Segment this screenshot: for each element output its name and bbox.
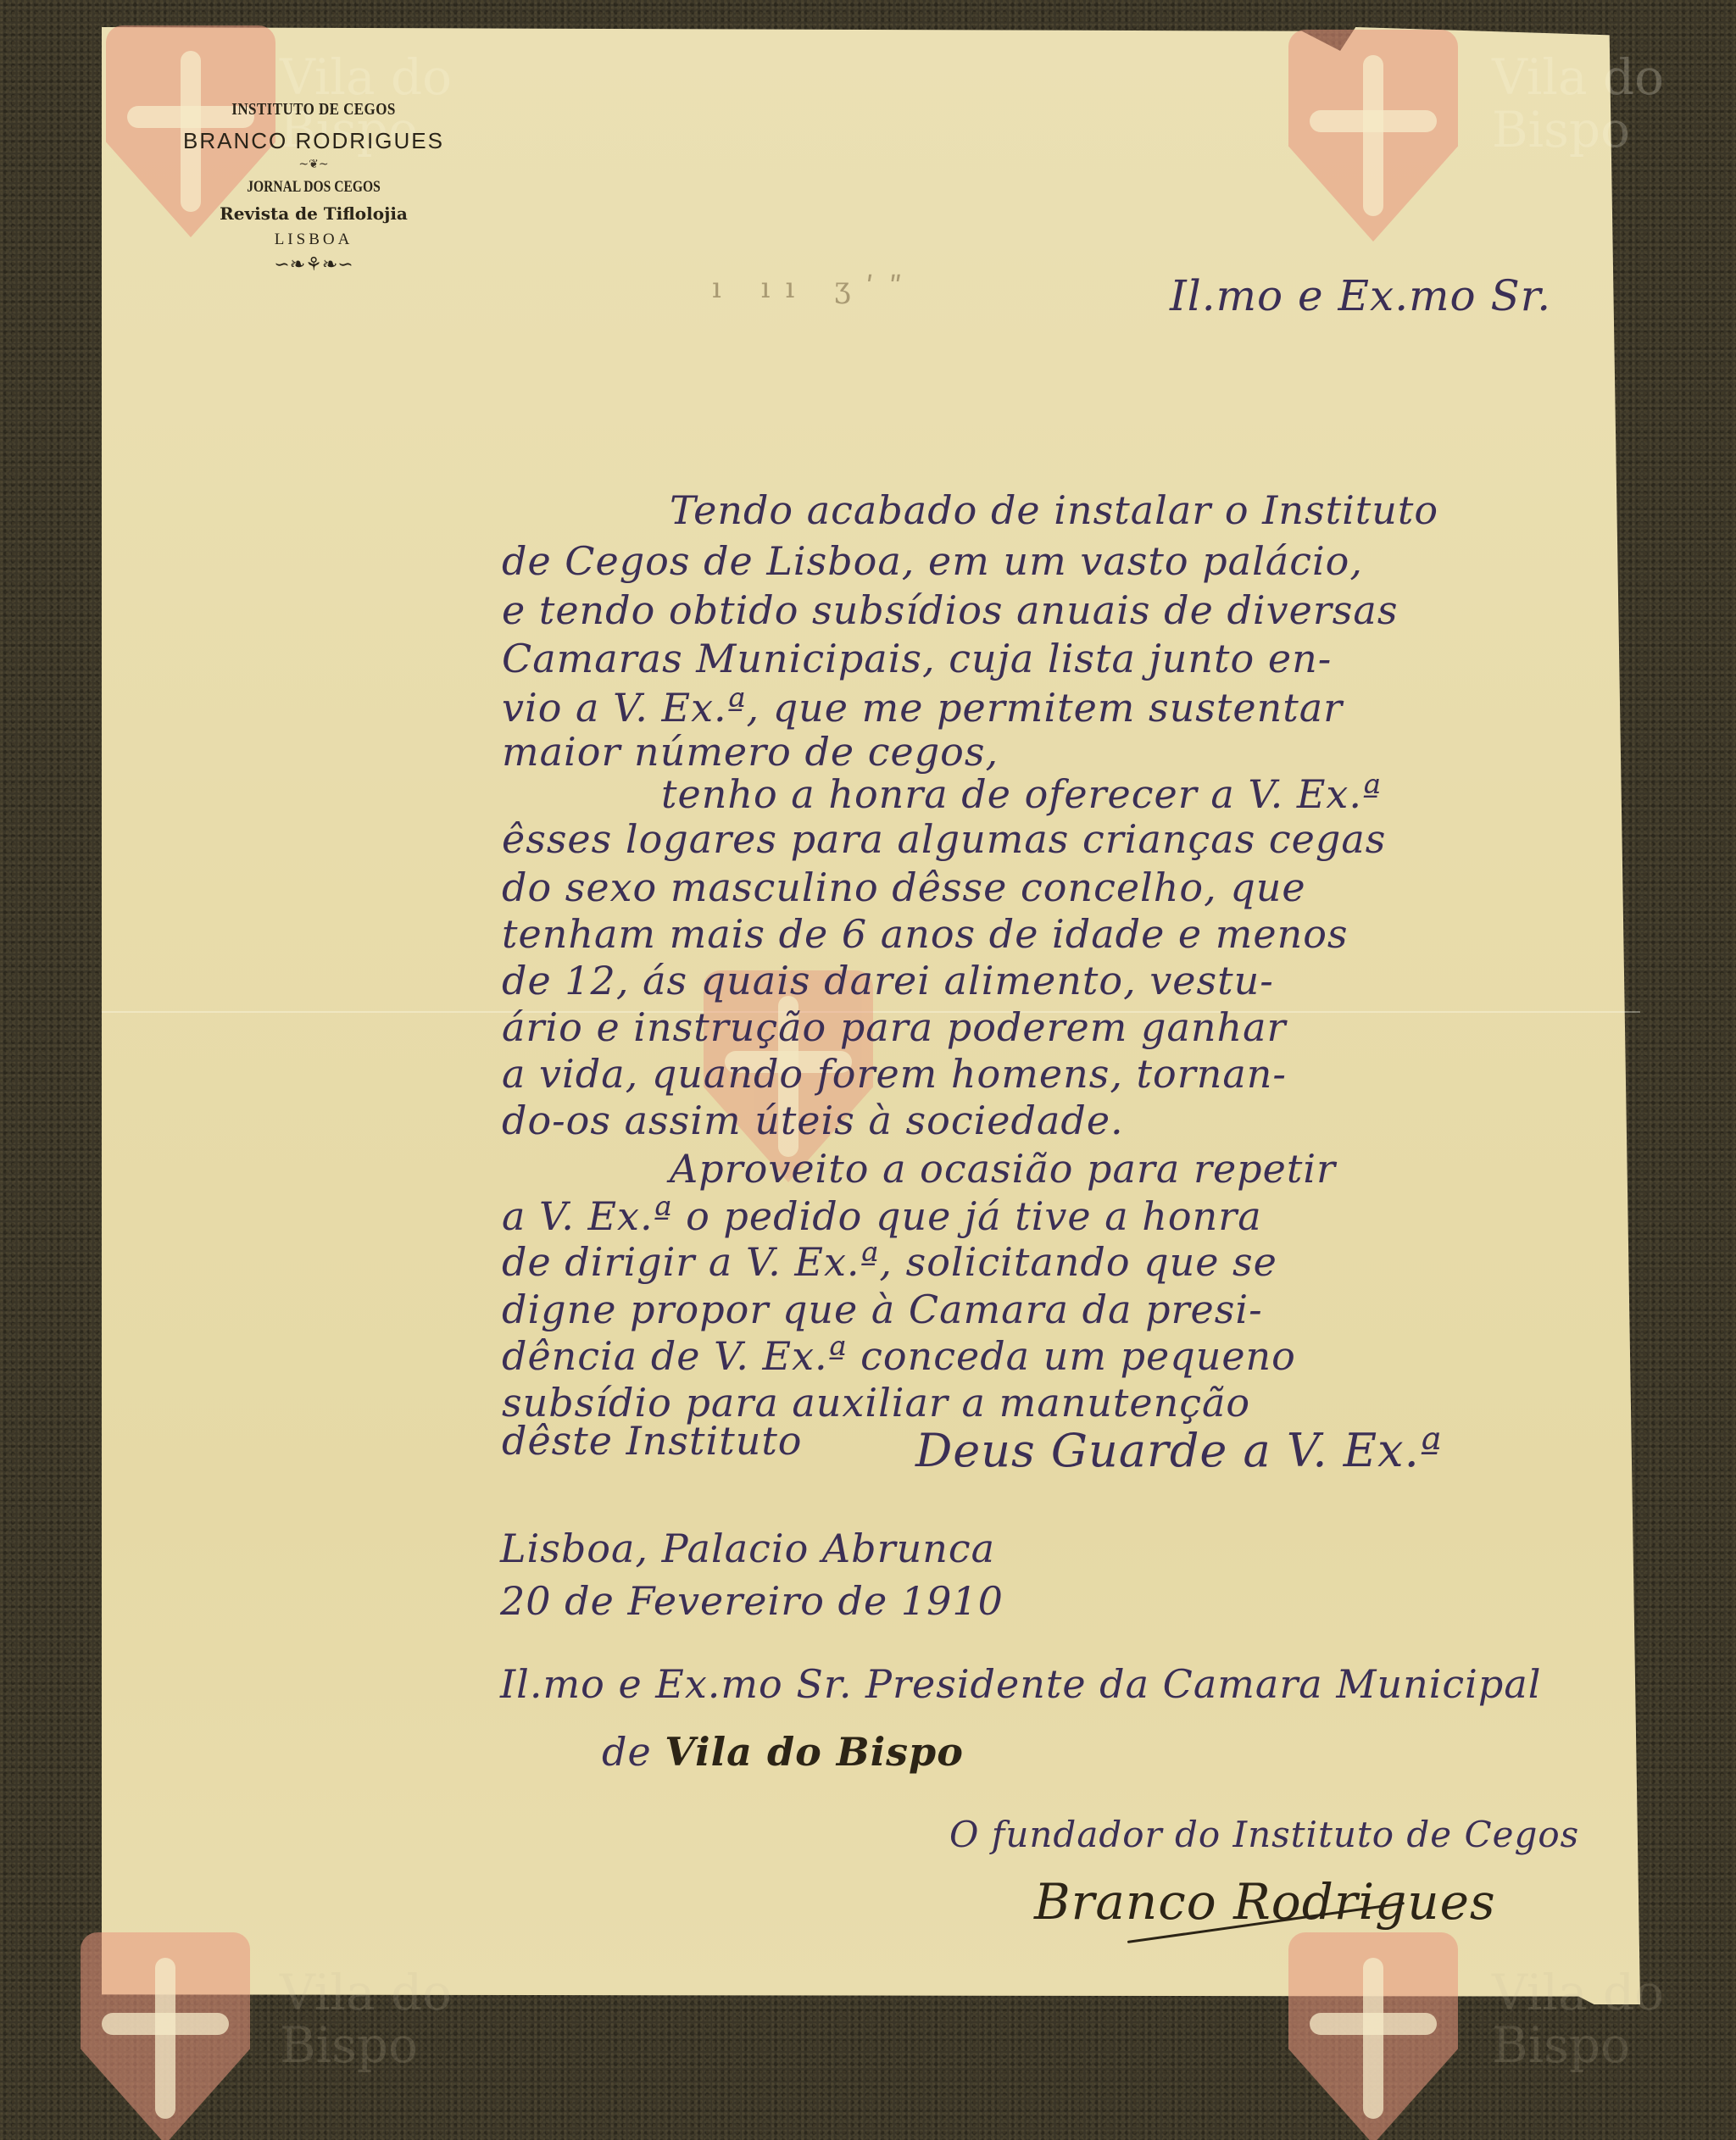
addressee-line: Il.mo e Ex.mo Sr. Presidente da Camara M… — [500, 1661, 1541, 1707]
closing-formula: Deus Guarde a V. Ex.ª — [915, 1424, 1442, 1477]
letterhead-city: LISBOA — [161, 231, 466, 249]
watermark-text-line2: Bispo — [280, 2019, 452, 2071]
body-line: tenham mais de 6 anos de idade e menos — [502, 911, 1349, 957]
letterhead-journal: JORNAL DOS CEGOS — [188, 178, 438, 197]
body-line: e tendo obtido subsídios anuais de diver… — [502, 587, 1398, 633]
body-line: a V. Ex.ª o pedido que já tive a honra — [502, 1193, 1262, 1239]
addressee-place: Vila do Bispo — [665, 1729, 964, 1775]
body-line: maior número de cegos, — [502, 729, 999, 775]
addressee-municipality: de Vila do Bispo — [602, 1729, 964, 1775]
signoff-title: O fundador do Instituto de Cegos — [949, 1814, 1579, 1855]
watermark-shield-icon — [81, 1932, 250, 2140]
body-line: vio a V. Ex.ª, que me permitem sustentar — [502, 685, 1343, 731]
date-line: 20 de Fevereiro de 1910 — [500, 1578, 1004, 1624]
body-line: ário e instrução para poderem ganhar — [502, 1004, 1287, 1050]
body-line: Camaras Municipais, cuja lista junto en- — [502, 636, 1332, 681]
body-line: do sexo masculino dêsse concelho, que — [502, 864, 1306, 910]
flourish-bow-icon: ∽❧⚘❧∽ — [161, 254, 466, 275]
body-line: êsses logares para algumas crianças cega… — [502, 816, 1386, 862]
letterhead-institute: INSTITUTO DE CEGOS — [184, 100, 443, 120]
place-line: Lisboa, Palacio Abrunca — [500, 1526, 995, 1571]
body-line: de dirigir a V. Ex.ª, solicitando que se — [502, 1239, 1277, 1285]
body-line: dêste Instituto — [502, 1418, 803, 1464]
watermark-shield-icon — [1288, 1932, 1458, 2140]
addressee-prefix: de — [602, 1729, 652, 1775]
body-line: de 12, ás quais darei alimento, vestu- — [502, 958, 1274, 1003]
letterhead-name: BRANCO RODRIGUES — [161, 128, 466, 154]
body-line: Aproveito a ocasião para repetir — [670, 1146, 1336, 1192]
watermark-text-line2: Bispo — [1492, 2019, 1664, 2071]
body-line: de Cegos de Lisboa, em um vasto palácio, — [502, 538, 1363, 584]
body-line: dência de V. Ex.ª conceda um pequeno — [502, 1333, 1296, 1379]
faded-stamp-marks: ı ıı ʒʹʺ — [712, 271, 918, 305]
body-line: a vida, quando forem homens, tornan- — [502, 1051, 1287, 1097]
body-line: Tendo acabado de instalar o Instituto — [670, 487, 1438, 533]
salutation: Il.mo e Ex.mo Sr. — [1170, 271, 1551, 320]
letterhead: INSTITUTO DE CEGOS BRANCO RODRIGUES ~❦~ … — [161, 100, 466, 275]
ornament-icon: ~❦~ — [161, 158, 466, 171]
body-line: do-os assim úteis à sociedade. — [502, 1098, 1124, 1143]
letterhead-review: Revista de Tiflolojia — [161, 203, 466, 224]
body-line: tenho a honra de oferecer a V. Ex.ª — [661, 771, 1382, 817]
body-line: digne propor que à Camara da presi- — [502, 1287, 1263, 1332]
